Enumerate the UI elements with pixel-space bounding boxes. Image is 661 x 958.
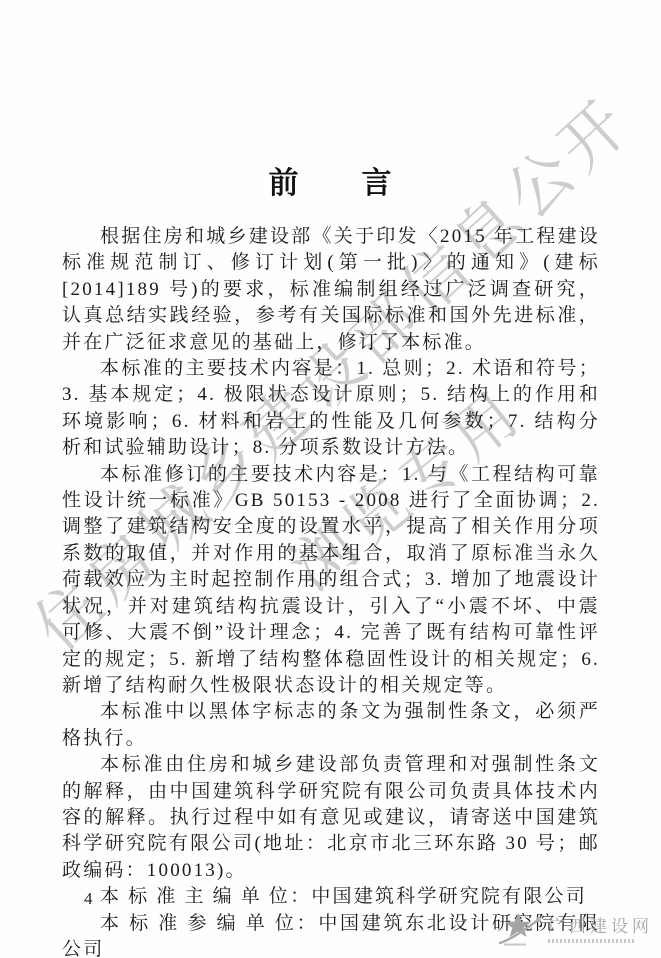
chief-editor-value: 中国建筑科学研究院有限公司 [311,886,587,907]
paragraph-basis: 根据住房和城乡建设部《关于印发〈2015 年工程建设标准规范制订、修订计划(第一… [62,224,600,356]
paragraph-mandatory-clauses: 本标准中以黑体字标志的条文为强制性条文，必须严格执行。 [62,699,600,752]
logo-text-block: 广西建设网 [548,912,653,943]
logo-site-name: 广西建设网 [548,918,653,936]
chief-editor-label: 本 标 准 主 编 单 位： [100,886,311,907]
page-number: 4 [84,889,93,909]
paragraph-revision-contents: 本标准修订的主要技术内容是：1. 与《工程结构可靠性设计统一标准》GB 5015… [62,462,600,700]
paragraph-administration: 本标准由住房和城乡建设部负责管理和对强制性条文的解释，由中国建筑科学研究院有限公… [62,752,600,884]
logo-tagline-line [548,939,634,943]
site-logo: 广西建设网 [498,912,653,948]
page-title: 前 言 [0,158,661,202]
document-page: 住房城乡建设部信息公开 浏览专用 前 言 根据住房和城乡建设部《关于印发〈201… [0,0,661,958]
shooting-star-icon [498,912,542,948]
participating-editor-label: 本 标 准 参 编 单 位： [100,913,318,934]
document-body: 根据住房和城乡建设部《关于印发〈2015 年工程建设标准规范制订、修订计划(第一… [62,224,600,958]
paragraph-main-contents: 本标准的主要技术内容是：1. 总则；2. 术语和符号；3. 基本规定；4. 极限… [62,356,600,462]
chief-editor-line: 本 标 准 主 编 单 位：中国建筑科学研究院有限公司 [62,884,600,910]
